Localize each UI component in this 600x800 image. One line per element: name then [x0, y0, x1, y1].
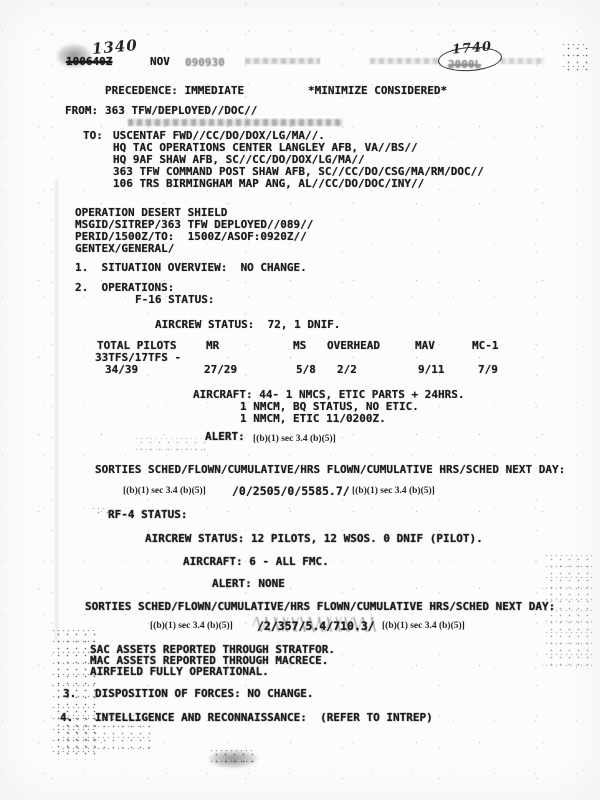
- pilot-table-val-total: 34/39: [105, 363, 138, 376]
- pilot-table-col-mc1: MC-1: [472, 339, 499, 352]
- item4-intelligence: INTELLIGENCE AND RECONNAISSANCE: (REFER …: [95, 711, 433, 724]
- f16-sorties-values: /0/2505/0/5585.7/: [232, 484, 350, 498]
- rf4-aircrew-status: AIRCREW STATUS: 12 PILOTS, 12 WSOS. 0 DN…: [145, 532, 483, 545]
- gentex-line: GENTEX/GENERAL/: [75, 242, 174, 255]
- smudge-top-right: [562, 44, 588, 74]
- rf4-sorties-header: SORTIES SCHED/FLOWN/CUMULATIVE/HRS FLOWN…: [85, 600, 555, 613]
- from-value: 363 TFW/DEPLOYED//DOC//: [105, 104, 257, 117]
- airfield-line: AIRFIELD FULLY OPERATIONAL.: [90, 665, 269, 678]
- pilot-table-val-ms: 5/8: [296, 363, 316, 376]
- smudge-rf4-label: [92, 508, 108, 518]
- f16-status-label: F-16 STATUS:: [135, 293, 214, 306]
- datetime-group-struck: 100640Z: [66, 55, 112, 68]
- month-fragment: NOV: [150, 55, 170, 68]
- minimize-considered-label: *MINIMIZE CONSIDERED*: [308, 84, 447, 97]
- pilot-table-val-mav: 9/11: [418, 363, 445, 376]
- to-addressee-5: 106 TRS BIRMINGHAM MAP ANG, AL//CC/DO/DO…: [113, 177, 424, 190]
- rf4-sorties-values: /2/357/5.4/710.3/: [257, 619, 375, 633]
- smudge-bottom-center: [208, 750, 258, 768]
- faint-print-artifact-left: [245, 58, 320, 64]
- faint-print-artifact-far-right: [500, 58, 545, 64]
- item3-number: 3.: [63, 687, 76, 700]
- faint-print-artifact-right: [370, 58, 440, 64]
- pilot-table-col-mav: MAV: [415, 339, 435, 352]
- precedence-label: PRECEDENCE: IMMEDIATE: [105, 84, 244, 97]
- speckle-bottom-center: [210, 750, 255, 766]
- rf4-status-label: RF-4 STATUS:: [108, 508, 187, 521]
- f16-alert-redaction-stamp: [(b)(1) sec 3.4 (b)(5)]: [253, 434, 336, 444]
- pilot-table-val-mr: 27/29: [204, 363, 237, 376]
- pilot-table-col-overhead: OVERHEAD: [327, 339, 380, 352]
- item1-situation-overview: 1. SITUATION OVERVIEW: NO CHANGE.: [75, 261, 307, 274]
- from-label: FROM:: [65, 104, 98, 117]
- f16-sorties-redaction-left: [(b)(1) sec 3.4 (b)(5)]: [123, 486, 206, 496]
- scanned-sitrep-document: 1340 100640Z NOV 090930 2000L 1740 PRECE…: [0, 0, 600, 800]
- rf4-sorties-redaction-right: [(b)(1) sec 3.4 (b)(5)]: [382, 621, 465, 631]
- to-label: TO:: [83, 129, 103, 142]
- pilot-table-val-mc1: 7/9: [478, 363, 498, 376]
- f16-aircrew-status: AIRCREW STATUS: 72, 1 DNIF.: [155, 318, 340, 331]
- f16-alert-label: ALERT:: [205, 430, 245, 443]
- smudge-alert-left: [135, 438, 205, 452]
- struck-out-line-smudge: [128, 119, 343, 126]
- pilot-table-val-overhead: 2/2: [337, 363, 357, 376]
- scan-edge-artifact: [55, 180, 58, 640]
- f16-sorties-redaction-right: [(b)(1) sec 3.4 (b)(5)]: [352, 486, 435, 496]
- rf4-alert-line: ALERT: NONE: [212, 577, 285, 590]
- f16-sorties-header: SORTIES SCHED/FLOWN/CUMULATIVE/HRS FLOWN…: [95, 463, 565, 476]
- pilot-table-col-ms: MS: [293, 339, 306, 352]
- item3-disposition: DISPOSITION OF FORCES: NO CHANGE.: [95, 687, 314, 700]
- pilot-table-col-mr: MR: [206, 339, 219, 352]
- item4-number: 4.: [60, 711, 73, 724]
- rf4-sorties-redaction-left: [(b)(1) sec 3.4 (b)(5)]: [150, 621, 233, 631]
- rf4-aircraft-line: AIRCRAFT: 6 - ALL FMC.: [183, 555, 329, 568]
- faint-code-fragment: 090930: [185, 56, 225, 69]
- f16-aircraft-line-3: 1 NMCM, ETIC 11/0200Z.: [240, 412, 386, 425]
